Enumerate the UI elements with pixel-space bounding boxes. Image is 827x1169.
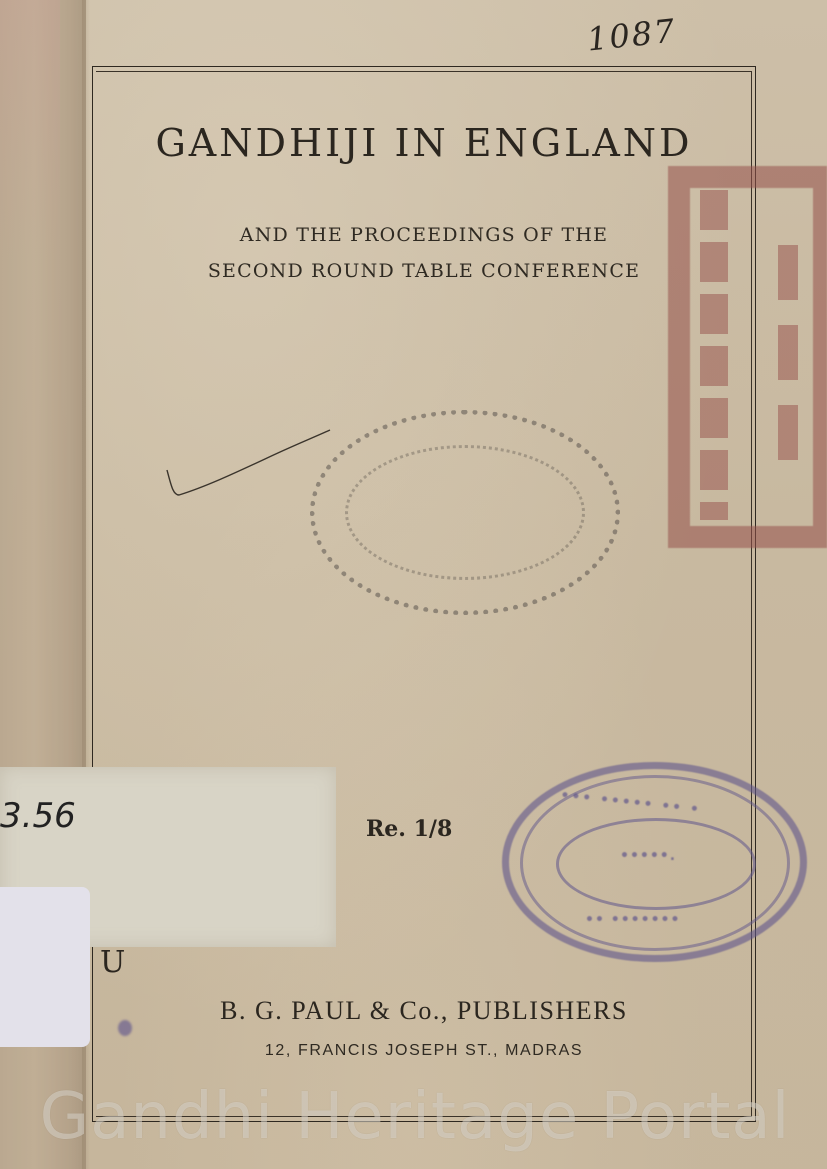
price: Re. 1/8 — [366, 816, 452, 842]
book-title: GANDHIJI IN ENGLAND — [92, 121, 756, 165]
publisher-address: 12, FRANCIS JOSEPH ST., MADRAS — [92, 1042, 756, 1060]
purple-oval-stamp-inner — [556, 818, 756, 910]
red-seal-stroke — [778, 245, 798, 485]
faded-oval-stamp-inner — [345, 445, 585, 580]
watermark: Gandhi Heritage Portal — [10, 1080, 820, 1154]
spine-discoloration — [0, 0, 60, 260]
spine-letter: U — [100, 945, 125, 980]
purple-stamp-center-text: •••••. — [620, 848, 676, 864]
publisher-name: B. G. PAUL & Co., PUBLISHERS — [92, 996, 756, 1026]
purple-stamp-bottom-text: •• ••••••• — [585, 912, 680, 928]
book-subtitle-line1: AND THE PROCEEDINGS OF THE — [92, 224, 756, 246]
book-subtitle-line2: SECOND ROUND TABLE CONFERENCE — [92, 260, 756, 282]
label-call-number: 3.56 — [0, 796, 76, 836]
pen-stroke-mark — [165, 425, 335, 505]
white-sticker — [0, 887, 90, 1047]
